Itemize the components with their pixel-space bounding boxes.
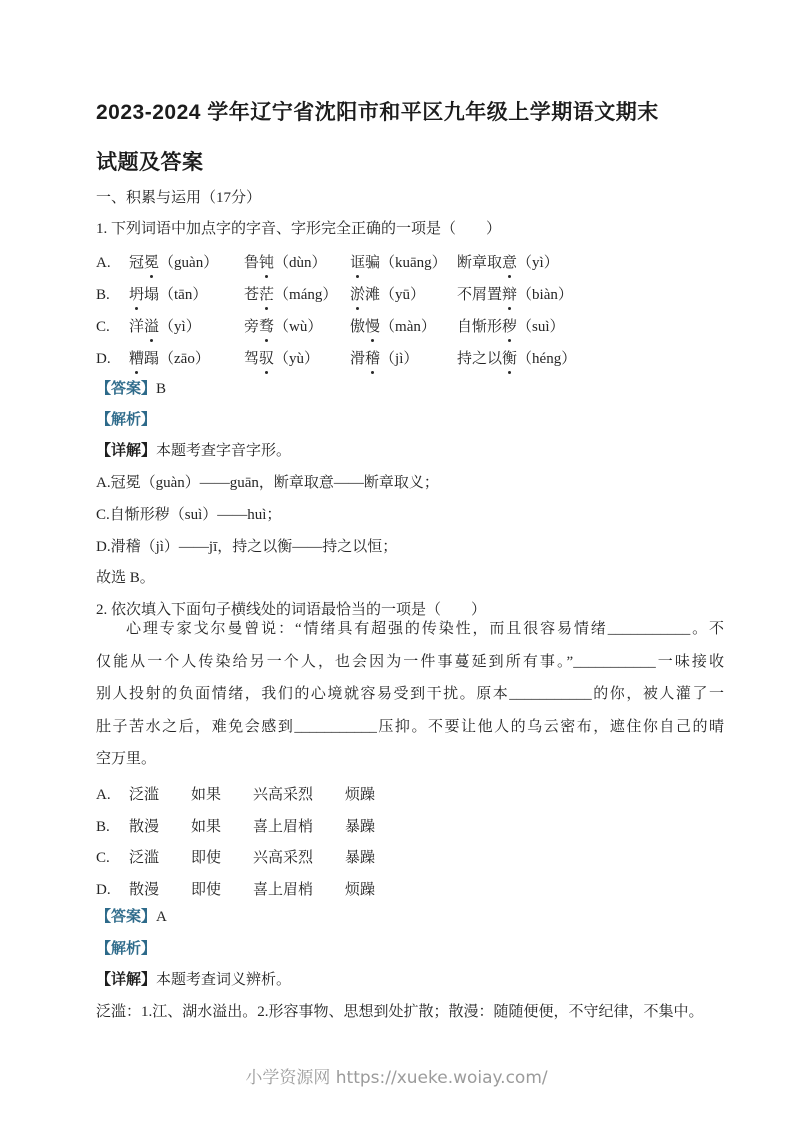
q2-option-c-word3: 兴高采烈 [253,847,345,869]
q2-option-b-word4: 暴躁 [345,816,724,838]
q1-option-a-label: A. [96,252,129,274]
q1-answer-line: 【答案】B [96,378,724,400]
q2-option-d-label: D. [96,879,129,901]
q1-option-d-word4: 持之以衡（héng） [457,348,724,370]
footer: 小学资源网 https://xueke.woiay.com/ [0,1066,793,1090]
q1-answer-label: 【答案】 [96,381,156,397]
q2-option-b-label: B. [96,816,129,838]
q2-option-d-word4: 烦躁 [345,879,724,901]
q2-answer-value: A [156,909,167,925]
q1-option-c-word2: 旁骛（wù） [244,316,350,338]
q2-option-a-word4: 烦躁 [345,784,724,806]
q2-option-a: A. 泛滥 如果 兴高采烈 烦躁 [96,784,724,806]
q2-passage-line3: 别人投射的负面情绪，我们的心境就容易受到干扰。原本___________的你，被… [96,678,724,711]
q2-passage-line2: 仅能从一个人传染给另一个人，也会因为一件事蔓延到所有事。”___________… [96,646,724,679]
q1-option-a: A. 冠冕（guàn） 鲁钝（dùn） 诓骗（kuāng） 断章取意（yì） [96,252,724,274]
q1-answer-value: B [156,381,166,397]
q1-option-c-label: C. [96,316,129,338]
q1-option-d-word2: 驾驭（yù） [244,348,350,370]
q1-option-b-word2: 苍茫（máng） [244,284,350,306]
q2-option-b-word1: 散漫 [129,816,191,838]
q2-option-c-label: C. [96,847,129,869]
doc-title-line1: 2023-2024 学年辽宁省沈阳市和平区九年级上学期语文期末 [96,98,724,128]
q1-option-d-word3: 滑稽（jì） [350,348,457,370]
q1-option-d-word1: 糟蹋（zāo） [129,348,244,370]
q2-answer-label: 【答案】 [96,909,156,925]
doc-title-line2: 试题及答案 [96,148,724,178]
q1-stem: 1. 下列词语中加点字的字音、字形完全正确的一项是（ ） [96,218,724,240]
q1-analysis-line: 【解析】 [96,409,724,431]
q2-passage-line4: 肚子苦水之后，难免会感到___________压抑。不要让他人的乌云密布，遮住你… [96,711,724,744]
q1-option-b-word1: 坍塌（tān） [129,284,244,306]
q2-option-a-word2: 如果 [191,784,253,806]
q1-explanation-a: A.冠冕（guàn）——guān，断章取意——断章取义； [96,472,724,494]
q1-option-b: B. 坍塌（tān） 苍茫（máng） 淤滩（yū） 不屑置辩（biàn） [96,284,724,306]
q2-option-c: C. 泛滥 即使 兴高采烈 暴躁 [96,847,724,869]
q1-analysis-label: 【解析】 [96,412,156,428]
q1-explanation-c: C.自惭形秽（suì）——huì； [96,504,724,526]
q2-answer-line: 【答案】A [96,906,724,928]
q2-option-b-word3: 喜上眉梢 [253,816,345,838]
q2-option-d-word1: 散漫 [129,879,191,901]
q2-option-c-word1: 泛滥 [129,847,191,869]
q2-explanation: 泛滥：1.江、湖水溢出。2.形容事物、思想到处扩散；散漫：随随便便，不守纪律，不… [96,1001,724,1023]
q1-option-c-word1: 洋溢（yì） [129,316,244,338]
q2-passage-line5: 空万里。 [96,743,724,776]
q1-option-b-word3: 淤滩（yū） [350,284,457,306]
q1-option-b-label: B. [96,284,129,306]
q1-detail-text: 本题考查字音字形。 [156,443,291,459]
q2-option-d-word3: 喜上眉梢 [253,879,345,901]
q2-option-a-word3: 兴高采烈 [253,784,345,806]
q1-detail-label: 【详解】 [96,443,156,459]
q1-option-c-word4: 自惭形秽（suì） [457,316,724,338]
q1-option-a-word1: 冠冕（guàn） [129,252,244,274]
q1-conclusion: 故选 B。 [96,567,724,589]
q2-passage-line1: 心理专家戈尔曼曾说：“情绪具有超强的传染性，而且很容易情绪___________… [96,613,724,646]
q1-option-a-word4: 断章取意（yì） [457,252,724,274]
q1-option-a-word3: 诓骗（kuāng） [350,252,457,274]
q1-option-c-word3: 傲慢（màn） [350,316,457,338]
exam-document-page: 2023-2024 学年辽宁省沈阳市和平区九年级上学期语文期末 试题及答案 一、… [0,0,793,1122]
q2-analysis-line: 【解析】 [96,938,724,960]
q2-detail-line: 【详解】本题考查词义辨析。 [96,969,724,991]
q2-option-d-word2: 即使 [191,879,253,901]
q2-detail-label: 【详解】 [96,972,156,988]
q2-option-a-word1: 泛滥 [129,784,191,806]
q2-option-b-word2: 如果 [191,816,253,838]
section-heading: 一、积累与运用（17分） [96,187,724,209]
q1-option-a-word2: 鲁钝（dùn） [244,252,350,274]
q2-option-c-word4: 暴躁 [345,847,724,869]
q1-option-b-word4: 不屑置辩（biàn） [457,284,724,306]
q1-option-d-label: D. [96,348,129,370]
q2-option-d: D. 散漫 即使 喜上眉梢 烦躁 [96,879,724,901]
q1-explanation-d: D.滑稽（jì）——jī，持之以衡——持之以恒； [96,536,724,558]
q2-analysis-label: 【解析】 [96,941,156,957]
q2-option-a-label: A. [96,784,129,806]
q1-detail-line: 【详解】本题考查字音字形。 [96,440,724,462]
q1-option-c: C. 洋溢（yì） 旁骛（wù） 傲慢（màn） 自惭形秽（suì） [96,316,724,338]
footer-site-link[interactable]: 小学资源网 https://xueke.woiay.com/ [245,1068,547,1088]
q2-passage: 心理专家戈尔曼曾说：“情绪具有超强的传染性，而且很容易情绪___________… [96,613,724,776]
q2-option-b: B. 散漫 如果 喜上眉梢 暴躁 [96,816,724,838]
q2-detail-text: 本题考查词义辨析。 [156,972,291,988]
q2-option-c-word2: 即使 [191,847,253,869]
q1-option-d: D. 糟蹋（zāo） 驾驭（yù） 滑稽（jì） 持之以衡（héng） [96,348,724,370]
